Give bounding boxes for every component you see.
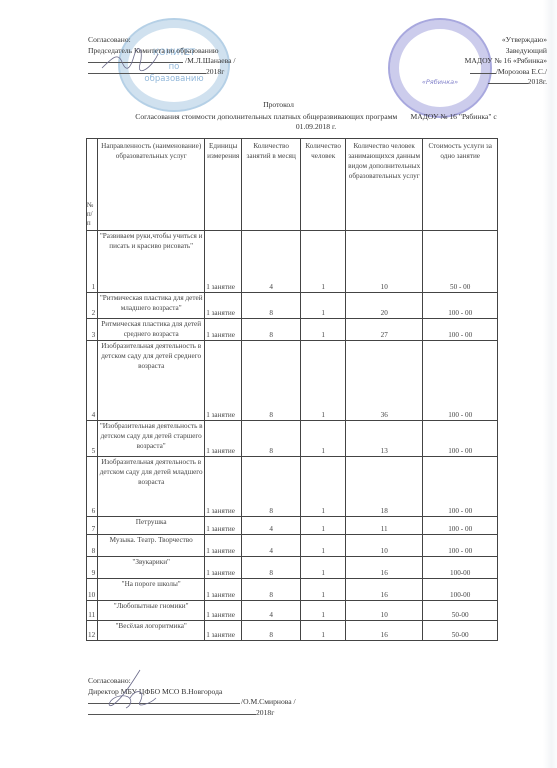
people-cell: 1 [301, 557, 346, 579]
service-name: Изобразительная деятельность в детском с… [98, 457, 205, 517]
unit-cell: 1 занятие [205, 557, 242, 579]
header-enrolled: Количество человек занимающихся данным в… [346, 139, 423, 231]
lessons-cell: 4 [242, 535, 301, 557]
price-cell: 50 - 00 [423, 231, 498, 293]
header-price: Стоимость услуги за одно занятие [423, 139, 498, 231]
lessons-cell: 4 [242, 517, 301, 535]
approval-year: 2018г [206, 67, 224, 76]
enrolled-cell: 18 [346, 457, 423, 517]
table-header-row: №п/п Направленность (наименование) образ… [87, 139, 498, 231]
unit-cell: 1 занятие [205, 231, 242, 293]
approval-label: Согласовано: [88, 676, 296, 687]
enrolled-cell: 16 [346, 557, 423, 579]
approval-position: Заведующий [465, 46, 547, 57]
row-number: 2 [87, 293, 98, 319]
service-name: "Ритмическая пластика для детей младшего… [98, 293, 205, 319]
enrolled-cell: 11 [346, 517, 423, 535]
unit-cell: 1 занятие [205, 457, 242, 517]
unit-cell: 1 занятие [205, 601, 242, 621]
lessons-cell: 8 [242, 457, 301, 517]
table-row: 8Музыка. Театр. Творчество1 занятие41101… [87, 535, 498, 557]
people-cell: 1 [301, 517, 346, 535]
people-cell: 1 [301, 421, 346, 457]
unit-cell: 1 занятие [205, 293, 242, 319]
service-name: "Любопытные гномики" [98, 601, 205, 621]
people-cell: 1 [301, 601, 346, 621]
price-cell: 100 - 00 [423, 421, 498, 457]
row-number: 4 [87, 341, 98, 421]
price-cell: 50-00 [423, 601, 498, 621]
price-cell: 100 - 00 [423, 457, 498, 517]
approval-year: 2018г. [528, 77, 547, 86]
unit-cell: 1 занятие [205, 319, 242, 341]
header-unit: Единицы измерения [205, 139, 242, 231]
service-name: Петрушка [98, 517, 205, 535]
table-row: 10"На пороге школы"1 занятие8116100-00 [87, 579, 498, 601]
service-name: "Развиваем руки,чтобы учиться и писать и… [98, 231, 205, 293]
approval-head: «Утверждаю» Заведующий МАДОУ № 16 «Рябин… [465, 35, 547, 88]
price-cell: 100 - 00 [423, 341, 498, 421]
table-row: 11"Любопытные гномики"1 занятие411050-00 [87, 601, 498, 621]
service-name: Ритмическая пластика для детей среднего … [98, 319, 205, 341]
subtitle-date: 01.09.2018 г. [86, 122, 546, 132]
approval-director: Согласовано: Директор МБУ ЦФБО МСО В.Нов… [88, 676, 296, 718]
service-name: Изобразительная деятельность в детском с… [98, 341, 205, 421]
approval-label: Согласовано: [88, 35, 236, 46]
enrolled-cell: 20 [346, 293, 423, 319]
document-page: КОМИТЕТ по образованию «Рябинка» Согласо… [0, 0, 557, 768]
service-name: "Изобразительная деятельность в детском … [98, 421, 205, 457]
table-row: 2"Ритмическая пластика для детей младшег… [87, 293, 498, 319]
row-number: 12 [87, 621, 98, 641]
pricing-table: №п/п Направленность (наименование) образ… [86, 138, 498, 641]
people-cell: 1 [301, 457, 346, 517]
table-row: 12"Весёлая логоритмика"1 занятие811650-0… [87, 621, 498, 641]
lessons-cell: 8 [242, 579, 301, 601]
document-subtitle: Согласования стоимости дополнительных пл… [86, 112, 546, 132]
row-number: 1 [87, 231, 98, 293]
unit-cell: 1 занятие [205, 621, 242, 641]
enrolled-cell: 36 [346, 341, 423, 421]
table-row: 7Петрушка1 занятие4111100 - 00 [87, 517, 498, 535]
enrolled-cell: 10 [346, 601, 423, 621]
document-title: Протокол [0, 100, 557, 109]
lessons-cell: 8 [242, 621, 301, 641]
row-number: 10 [87, 579, 98, 601]
lessons-cell: 8 [242, 319, 301, 341]
approval-position: Председатель Комитета по образованию [88, 46, 236, 57]
people-cell: 1 [301, 341, 346, 421]
lessons-cell: 4 [242, 601, 301, 621]
service-name: Музыка. Театр. Творчество [98, 535, 205, 557]
row-number: 3 [87, 319, 98, 341]
approval-year: 2018г [256, 708, 274, 717]
unit-cell: 1 занятие [205, 421, 242, 457]
subtitle-line: Согласования стоимости дополнительных пл… [86, 112, 546, 122]
price-cell: 100-00 [423, 557, 498, 579]
lessons-cell: 8 [242, 293, 301, 319]
approval-org: МАДОУ № 16 «Рябинка» [465, 56, 547, 67]
people-cell: 1 [301, 535, 346, 557]
header-lessons: Количество занятий в месяц [242, 139, 301, 231]
header-people: Количество человек [301, 139, 346, 231]
lessons-cell: 8 [242, 421, 301, 457]
unit-cell: 1 занятие [205, 341, 242, 421]
price-cell: 100 - 00 [423, 293, 498, 319]
price-cell: 100-00 [423, 579, 498, 601]
people-cell: 1 [301, 579, 346, 601]
price-cell: 100 - 00 [423, 319, 498, 341]
row-number: 5 [87, 421, 98, 457]
lessons-cell: 4 [242, 231, 301, 293]
price-cell: 50-00 [423, 621, 498, 641]
people-cell: 1 [301, 231, 346, 293]
people-cell: 1 [301, 621, 346, 641]
row-number: 11 [87, 601, 98, 621]
approval-committee: Согласовано: Председатель Комитета по об… [88, 35, 236, 77]
row-number: 6 [87, 457, 98, 517]
people-cell: 1 [301, 319, 346, 341]
price-cell: 100 - 00 [423, 517, 498, 535]
enrolled-cell: 10 [346, 535, 423, 557]
people-cell: 1 [301, 293, 346, 319]
table-row: 4Изобразительная деятельность в детском … [87, 341, 498, 421]
price-cell: 100 - 00 [423, 535, 498, 557]
approval-signer: /Морозова Е.С./ [496, 67, 547, 76]
table-row: 1"Развиваем руки,чтобы учиться и писать … [87, 231, 498, 293]
enrolled-cell: 10 [346, 231, 423, 293]
row-number: 9 [87, 557, 98, 579]
table-row: 3Ритмическая пластика для детей среднего… [87, 319, 498, 341]
row-number: 7 [87, 517, 98, 535]
enrolled-cell: 16 [346, 621, 423, 641]
approval-position: Директор МБУ ЦФБО МСО В.Новгорода [88, 687, 296, 698]
enrolled-cell: 27 [346, 319, 423, 341]
service-name: "На пороге школы" [98, 579, 205, 601]
header-service: Направленность (наименование) образовате… [98, 139, 205, 231]
lessons-cell: 8 [242, 557, 301, 579]
table-row: 6Изобразительная деятельность в детском … [87, 457, 498, 517]
table-row: 9"Звукарики"1 занятие8116100-00 [87, 557, 498, 579]
service-name: "Весёлая логоритмика" [98, 621, 205, 641]
service-name: "Звукарики" [98, 557, 205, 579]
table-row: 5"Изобразительная деятельность в детском… [87, 421, 498, 457]
enrolled-cell: 16 [346, 579, 423, 601]
enrolled-cell: 13 [346, 421, 423, 457]
approval-label: «Утверждаю» [465, 35, 547, 46]
unit-cell: 1 занятие [205, 579, 242, 601]
lessons-cell: 8 [242, 341, 301, 421]
unit-cell: 1 занятие [205, 535, 242, 557]
unit-cell: 1 занятие [205, 517, 242, 535]
approval-signer: /О.М.Смирнова / [241, 697, 296, 706]
row-number: 8 [87, 535, 98, 557]
header-number: №п/п [87, 139, 98, 231]
approval-signer: /М.Л.Шанаева / [185, 56, 236, 65]
